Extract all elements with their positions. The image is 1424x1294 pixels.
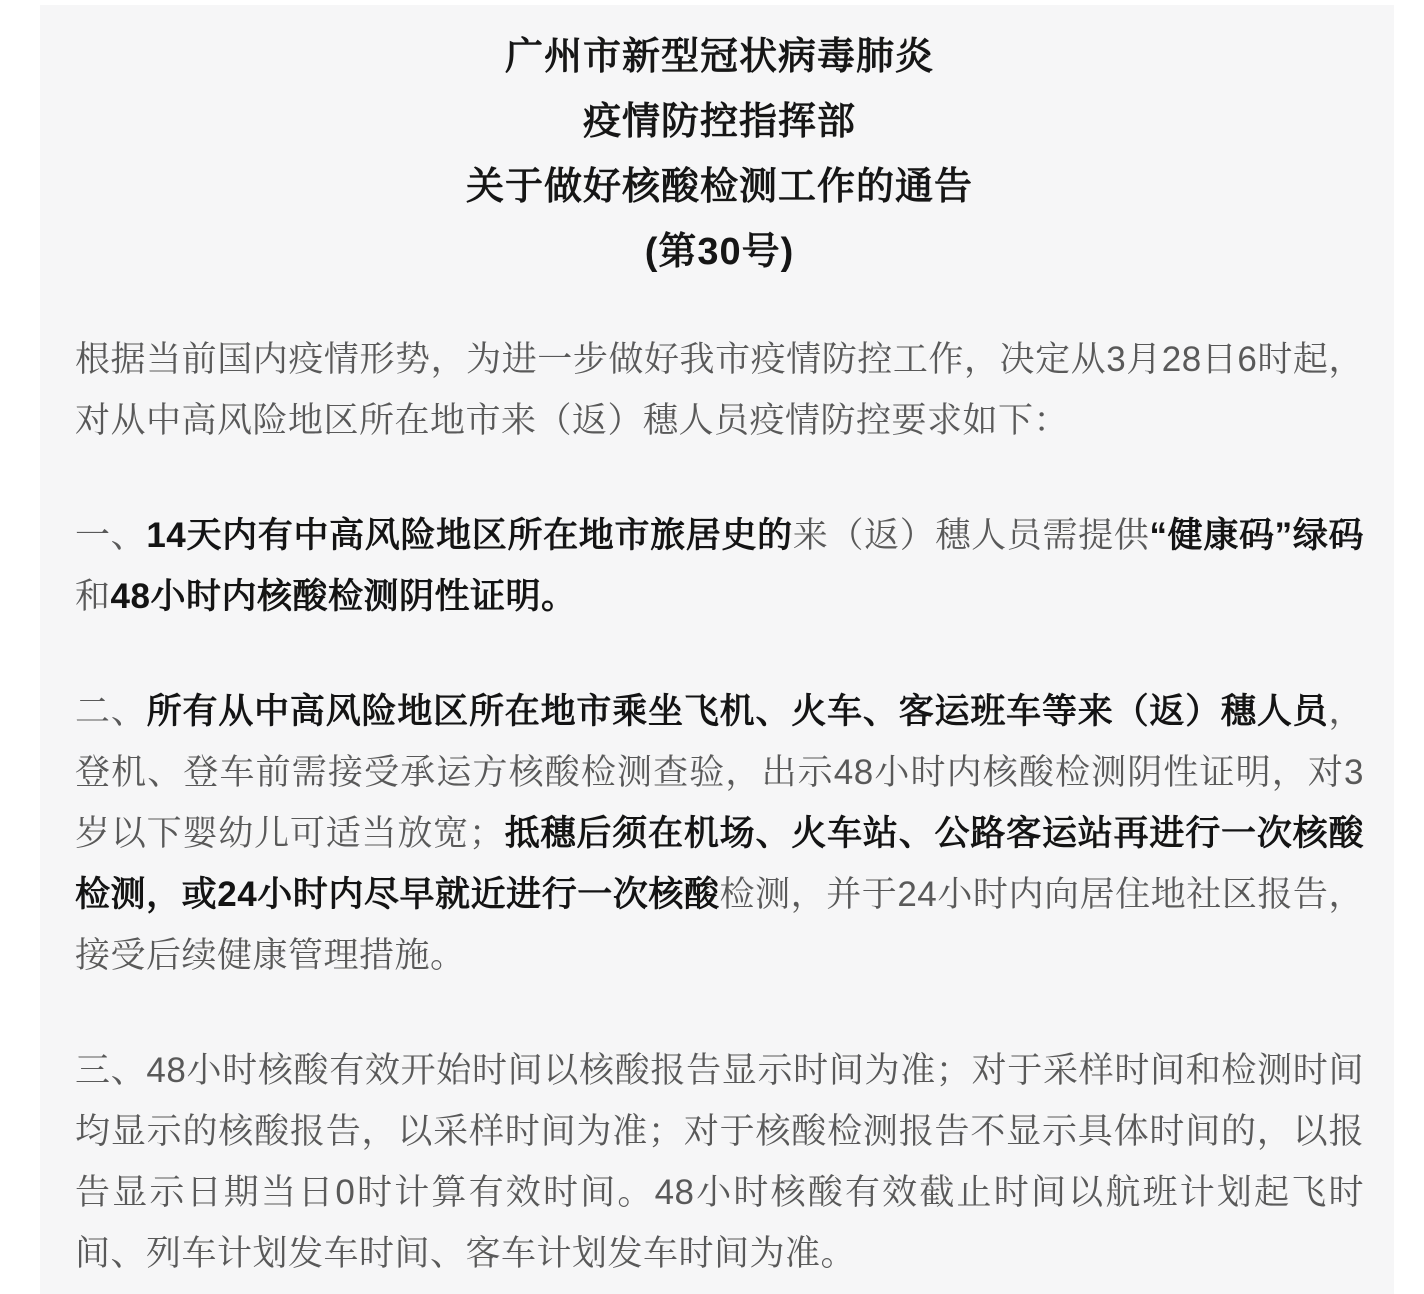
- text-run: 和: [75, 577, 111, 616]
- text-run: 来（返）穗人员需提供: [793, 516, 1150, 555]
- bold-text-run: 48小时内核酸检测阴性证明。: [111, 577, 577, 616]
- text-run: 一、: [75, 516, 146, 555]
- bold-text-run: “健康码”绿码: [1149, 516, 1364, 555]
- notice-document: 广州市新型冠状病毒肺炎疫情防控指挥部关于做好核酸检测工作的通告(第30号) 根据…: [40, 5, 1394, 1294]
- text-run: 三、48小时核酸有效开始时间以核酸报告显示时间为准；对于采样时间和检测时间均显示…: [75, 1051, 1364, 1273]
- notice-paragraph: 二、所有从中高风险地区所在地市乘坐飞机、火车、客运班车等来（返）穗人员，登机、登…: [75, 681, 1364, 986]
- title-line: 疫情防控指挥部: [75, 90, 1364, 155]
- title-line: (第30号): [75, 220, 1364, 285]
- notice-paragraph: 一、14天内有中高风险地区所在地市旅居史的来（返）穗人员需提供“健康码”绿码和4…: [75, 505, 1364, 627]
- bold-text-run: 14天内有中高风险地区所在地市旅居史的: [146, 516, 792, 555]
- notice-paragraph: 根据当前国内疫情形势，为进一步做好我市疫情防控工作，决定从3月28日6时起，对从…: [75, 329, 1364, 451]
- title-line: 广州市新型冠状病毒肺炎: [75, 25, 1364, 90]
- notice-paragraph: 三、48小时核酸有效开始时间以核酸报告显示时间为准；对于采样时间和检测时间均显示…: [75, 1040, 1364, 1284]
- title-line: 关于做好核酸检测工作的通告: [75, 155, 1364, 220]
- notice-viewport: 广州市新型冠状病毒肺炎疫情防控指挥部关于做好核酸检测工作的通告(第30号) 根据…: [0, 0, 1424, 1294]
- text-run: 根据当前国内疫情形势，为进一步做好我市疫情防控工作，决定从3月28日6时起，对从…: [75, 340, 1364, 440]
- bold-text-run: 所有从中高风险地区所在地市乘坐飞机、火车、客运班车等来（返）穗人员: [147, 692, 1329, 731]
- notice-body: 根据当前国内疫情形势，为进一步做好我市疫情防控工作，决定从3月28日6时起，对从…: [75, 329, 1364, 1284]
- notice-title-block: 广州市新型冠状病毒肺炎疫情防控指挥部关于做好核酸检测工作的通告(第30号): [75, 25, 1364, 285]
- text-run: 二、: [75, 692, 147, 731]
